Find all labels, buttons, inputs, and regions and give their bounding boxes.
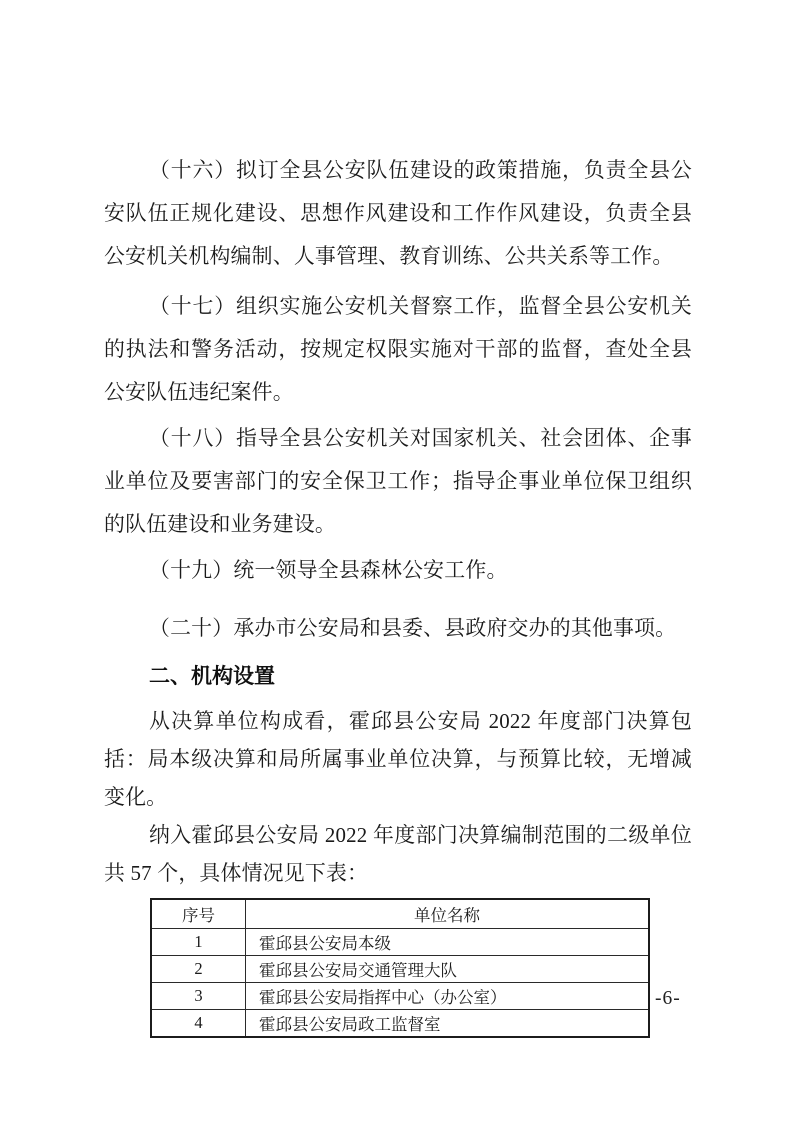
- org-units-table-head: 序号 单位名称: [151, 899, 649, 929]
- cell-seq: 2: [151, 956, 246, 983]
- table-header-row: 序号 单位名称: [151, 899, 649, 929]
- cell-name: 霍邱县公安局政工监督室: [246, 1010, 650, 1038]
- page-content: （十六）拟订全县公安队伍建设的政策措施，负责全县公安队伍正规化建设、思想作风建设…: [104, 149, 692, 1038]
- duty-paragraph-16: （十六）拟订全县公安队伍建设的政策措施，负责全县公安队伍正规化建设、思想作风建设…: [104, 149, 692, 278]
- duty-paragraph-20: （二十）承办市公安局和县委、县政府交办的其他事项。: [104, 607, 692, 650]
- section-heading-org-setup: 二、机构设置: [104, 664, 692, 689]
- document-page: （十六）拟订全县公安队伍建设的政策措施，负责全县公安队伍正规化建设、思想作风建设…: [0, 0, 793, 1122]
- table-row: 4 霍邱县公安局政工监督室: [151, 1010, 649, 1038]
- org-units-table-body: 1 霍邱县公安局本级 2 霍邱县公安局交通管理大队 3 霍邱县公安局指挥中心（办…: [151, 929, 649, 1038]
- duty-paragraph-17: （十七）组织实施公安机关督察工作，监督全县公安机关的执法和警务活动，按规定权限实…: [104, 285, 692, 414]
- duty-paragraph-18: （十八）指导全县公安机关对国家机关、社会团体、企事业单位及要害部门的安全保卫工作…: [104, 417, 692, 546]
- cell-seq: 1: [151, 929, 246, 956]
- table-header-name: 单位名称: [246, 899, 650, 929]
- table-row: 3 霍邱县公安局指挥中心（办公室）: [151, 983, 649, 1010]
- cell-name: 霍邱县公安局指挥中心（办公室）: [246, 983, 650, 1010]
- org-overview-paragraph: 从决算单位构成看，霍邱县公安局 2022 年度部门决算包括：局本级决算和局所属事…: [104, 702, 692, 816]
- duty-paragraph-19: （十九）统一领导全县森林公安工作。: [104, 549, 692, 592]
- table-header-seq: 序号: [151, 899, 246, 929]
- cell-name: 霍邱县公安局本级: [246, 929, 650, 956]
- org-scope-paragraph: 纳入霍邱县公安局 2022 年度部门决算编制范围的二级单位共 57 个，具体情况…: [104, 816, 692, 892]
- cell-seq: 4: [151, 1010, 246, 1038]
- cell-seq: 3: [151, 983, 246, 1010]
- table-row: 1 霍邱县公安局本级: [151, 929, 649, 956]
- cell-name: 霍邱县公安局交通管理大队: [246, 956, 650, 983]
- org-units-table: 序号 单位名称 1 霍邱县公安局本级 2 霍邱县公安局交通管理大队 3 霍邱县公…: [150, 898, 650, 1038]
- page-number: -6-: [655, 988, 681, 1010]
- table-row: 2 霍邱县公安局交通管理大队: [151, 956, 649, 983]
